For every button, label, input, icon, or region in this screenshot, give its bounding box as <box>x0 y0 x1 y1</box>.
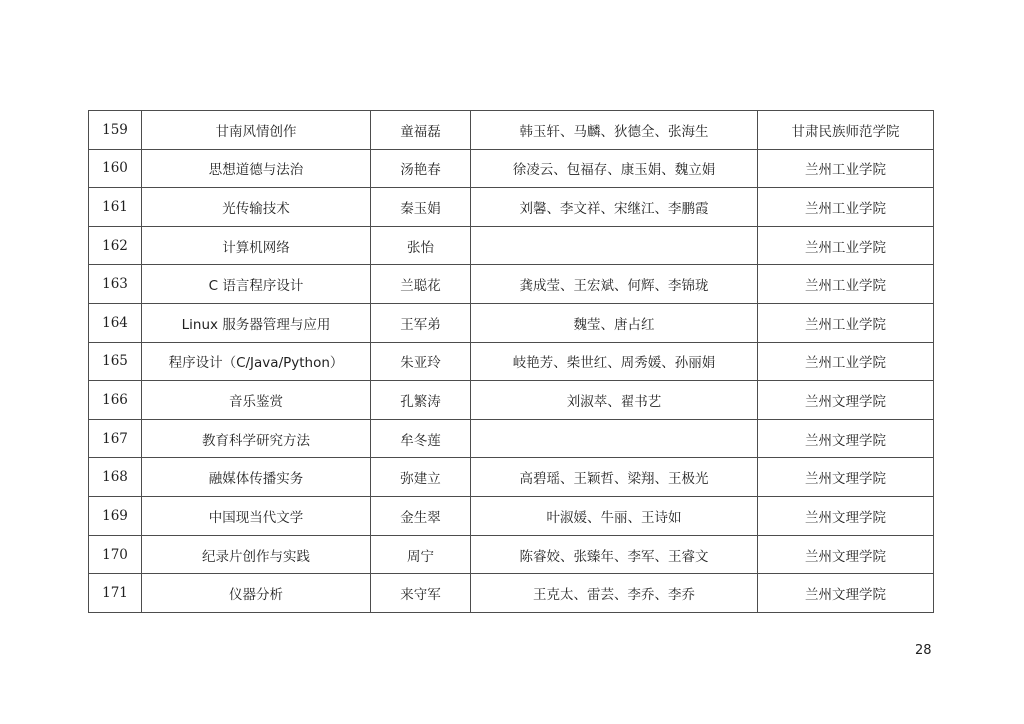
table-row: 164Linux 服务器管理与应用王军弟魏莹、唐占红兰州工业学院 <box>89 304 934 343</box>
team-members-cell: 陈睿姣、张臻年、李军、王睿文 <box>471 535 758 574</box>
serial-number-cell: 170 <box>89 535 142 574</box>
table-row: 160思想道德与法治汤艳春徐凌云、包福存、康玉娟、魏立娟兰州工业学院 <box>89 149 934 188</box>
serial-number-cell: 165 <box>89 342 142 381</box>
institution-cell: 兰州文理学院 <box>758 458 934 497</box>
course-name-cell: Linux 服务器管理与应用 <box>142 304 371 343</box>
serial-number-cell: 159 <box>89 111 142 150</box>
course-table-body: 159甘南风情创作童福磊韩玉轩、马麟、狄德全、张海生甘肃民族师范学院160思想道… <box>89 111 934 613</box>
course-leader-cell: 秦玉娟 <box>371 188 471 227</box>
team-members-cell <box>471 419 758 458</box>
institution-cell: 兰州文理学院 <box>758 419 934 458</box>
institution-cell: 兰州工业学院 <box>758 265 934 304</box>
table-row: 169中国现当代文学金生翠叶淑媛、牛丽、王诗如兰州文理学院 <box>89 497 934 536</box>
course-leader-cell: 王军弟 <box>371 304 471 343</box>
table-row: 170纪录片创作与实践周宁陈睿姣、张臻年、李军、王睿文兰州文理学院 <box>89 535 934 574</box>
course-name-cell: 音乐鉴赏 <box>142 381 371 420</box>
course-name-cell: 融媒体传播实务 <box>142 458 371 497</box>
table-row: 162计算机网络张怡兰州工业学院 <box>89 226 934 265</box>
team-members-cell: 叶淑媛、牛丽、王诗如 <box>471 497 758 536</box>
institution-cell: 甘肃民族师范学院 <box>758 111 934 150</box>
course-leader-cell: 来守军 <box>371 574 471 613</box>
course-leader-cell: 周宁 <box>371 535 471 574</box>
institution-cell: 兰州文理学院 <box>758 574 934 613</box>
serial-number-cell: 161 <box>89 188 142 227</box>
course-table: 159甘南风情创作童福磊韩玉轩、马麟、狄德全、张海生甘肃民族师范学院160思想道… <box>88 110 934 613</box>
table-row: 165程序设计（C/Java/Python）朱亚玲岐艳芳、柴世红、周秀媛、孙丽娟… <box>89 342 934 381</box>
course-name-cell: 程序设计（C/Java/Python） <box>142 342 371 381</box>
serial-number-cell: 167 <box>89 419 142 458</box>
institution-cell: 兰州工业学院 <box>758 188 934 227</box>
course-leader-cell: 金生翠 <box>371 497 471 536</box>
course-name-cell: 光传输技术 <box>142 188 371 227</box>
table-row: 166音乐鉴赏孔繁涛刘淑萃、翟书艺兰州文理学院 <box>89 381 934 420</box>
course-name-cell: 计算机网络 <box>142 226 371 265</box>
team-members-cell: 刘馨、李文祥、宋继江、李鹏霞 <box>471 188 758 227</box>
serial-number-cell: 169 <box>89 497 142 536</box>
course-leader-cell: 汤艳春 <box>371 149 471 188</box>
team-members-cell: 韩玉轩、马麟、狄德全、张海生 <box>471 111 758 150</box>
institution-cell: 兰州文理学院 <box>758 381 934 420</box>
team-members-cell: 刘淑萃、翟书艺 <box>471 381 758 420</box>
team-members-cell <box>471 226 758 265</box>
table-row: 171仪器分析来守军王克太、雷芸、李乔、李乔兰州文理学院 <box>89 574 934 613</box>
serial-number-cell: 168 <box>89 458 142 497</box>
course-name-cell: 仪器分析 <box>142 574 371 613</box>
institution-cell: 兰州文理学院 <box>758 497 934 536</box>
table-row: 159甘南风情创作童福磊韩玉轩、马麟、狄德全、张海生甘肃民族师范学院 <box>89 111 934 150</box>
institution-cell: 兰州工业学院 <box>758 304 934 343</box>
page-number: 28 <box>915 643 932 658</box>
course-name-cell: 教育科学研究方法 <box>142 419 371 458</box>
course-name-cell: 中国现当代文学 <box>142 497 371 536</box>
course-leader-cell: 张怡 <box>371 226 471 265</box>
course-name-cell: C 语言程序设计 <box>142 265 371 304</box>
table-row: 161光传输技术秦玉娟刘馨、李文祥、宋继江、李鹏霞兰州工业学院 <box>89 188 934 227</box>
team-members-cell: 高碧瑶、王颖哲、梁翔、王极光 <box>471 458 758 497</box>
table-row: 163C 语言程序设计兰聪花龚成莹、王宏斌、何辉、李锦珑兰州工业学院 <box>89 265 934 304</box>
course-leader-cell: 牟冬莲 <box>371 419 471 458</box>
course-leader-cell: 兰聪花 <box>371 265 471 304</box>
institution-cell: 兰州工业学院 <box>758 342 934 381</box>
table-row: 168融媒体传播实务弥建立高碧瑶、王颖哲、梁翔、王极光兰州文理学院 <box>89 458 934 497</box>
course-name-cell: 甘南风情创作 <box>142 111 371 150</box>
team-members-cell: 岐艳芳、柴世红、周秀媛、孙丽娟 <box>471 342 758 381</box>
serial-number-cell: 164 <box>89 304 142 343</box>
team-members-cell: 龚成莹、王宏斌、何辉、李锦珑 <box>471 265 758 304</box>
serial-number-cell: 162 <box>89 226 142 265</box>
serial-number-cell: 160 <box>89 149 142 188</box>
institution-cell: 兰州工业学院 <box>758 149 934 188</box>
course-leader-cell: 弥建立 <box>371 458 471 497</box>
team-members-cell: 魏莹、唐占红 <box>471 304 758 343</box>
institution-cell: 兰州文理学院 <box>758 535 934 574</box>
document-page: 159甘南风情创作童福磊韩玉轩、马麟、狄德全、张海生甘肃民族师范学院160思想道… <box>0 0 1024 724</box>
serial-number-cell: 171 <box>89 574 142 613</box>
team-members-cell: 王克太、雷芸、李乔、李乔 <box>471 574 758 613</box>
table-row: 167教育科学研究方法牟冬莲兰州文理学院 <box>89 419 934 458</box>
serial-number-cell: 163 <box>89 265 142 304</box>
team-members-cell: 徐凌云、包福存、康玉娟、魏立娟 <box>471 149 758 188</box>
course-name-cell: 纪录片创作与实践 <box>142 535 371 574</box>
serial-number-cell: 166 <box>89 381 142 420</box>
course-leader-cell: 孔繁涛 <box>371 381 471 420</box>
course-name-cell: 思想道德与法治 <box>142 149 371 188</box>
course-leader-cell: 童福磊 <box>371 111 471 150</box>
institution-cell: 兰州工业学院 <box>758 226 934 265</box>
course-leader-cell: 朱亚玲 <box>371 342 471 381</box>
